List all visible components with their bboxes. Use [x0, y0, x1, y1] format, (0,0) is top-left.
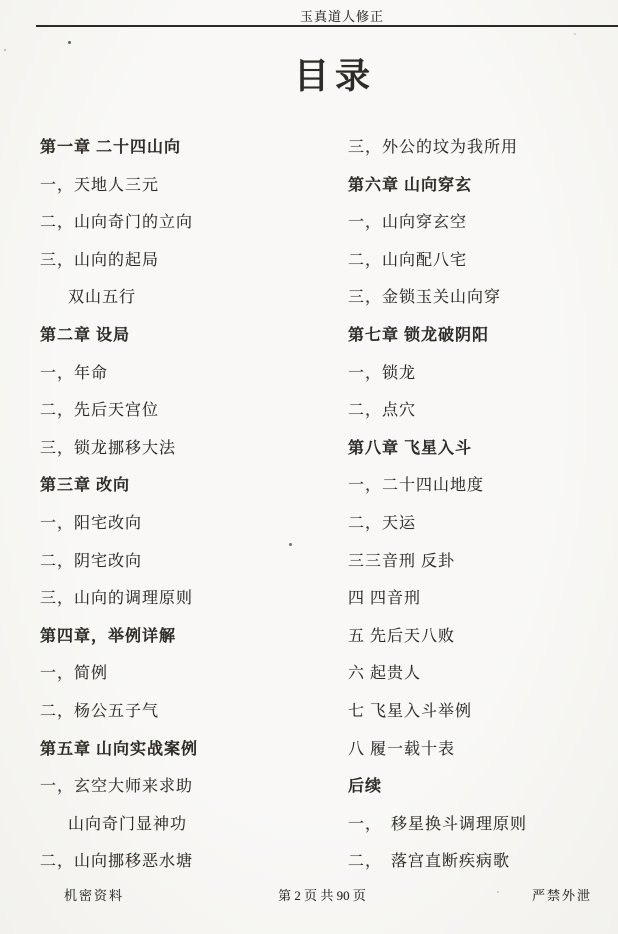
toc-entry: 八 履一载十表	[348, 731, 527, 769]
footer-page-number: 第 2 页 共 90 页	[0, 888, 618, 904]
toc-chapter-heading: 第五章 山向实战案例	[40, 731, 198, 769]
header-rule	[36, 25, 618, 27]
toc-entry: 一，简例	[40, 655, 198, 693]
toc-entry: 一，阳宅改向	[40, 505, 198, 543]
toc-entry: 三，外公的坟为我所用	[348, 129, 527, 167]
toc-entry: 二， 落宫直断疾病歌	[348, 843, 527, 881]
toc-column-right: 三，外公的坟为我所用第六章 山向穿玄一，山向穿玄空二，山向配八宅三，金锁玉关山向…	[348, 129, 527, 881]
toc-entry: 一，锁龙	[348, 355, 527, 393]
toc-entry: 二，点穴	[348, 392, 527, 430]
toc-chapter-heading: 第一章 二十四山向	[40, 129, 198, 167]
toc-entry: 一，二十四山地度	[348, 467, 527, 505]
page-title: 目录	[0, 49, 618, 99]
page-header-text: 玉真道人修正	[0, 6, 618, 25]
toc-chapter-heading: 第八章 飞星入斗	[348, 430, 527, 468]
toc-entry: 二，阴宅改向	[40, 543, 198, 581]
footer-warning: 严禁外泄	[532, 888, 592, 904]
toc-chapter-heading: 第二章 设局	[40, 317, 198, 355]
toc-entry: 三，金锁玉关山向穿	[348, 279, 527, 317]
scan-speck	[68, 41, 71, 44]
toc-chapter-heading: 后续	[348, 768, 527, 806]
toc-entry: 二，山向配八宅	[348, 242, 527, 280]
toc-column-left: 第一章 二十四山向一，天地人三元二，山向奇门的立向三，山向的起局双山五行第二章 …	[40, 129, 198, 881]
scan-speck	[574, 33, 576, 35]
toc-entry: 山向奇门显神功	[40, 806, 198, 844]
toc-entry: 二，天运	[348, 505, 527, 543]
toc-entry: 三，山向的调理原则	[40, 580, 198, 618]
toc-chapter-heading: 第六章 山向穿玄	[348, 167, 527, 205]
toc-entry: 二，山向奇门的立向	[40, 204, 198, 242]
toc-chapter-heading: 第四章，举例详解	[40, 618, 198, 656]
toc-entry: 三三音刑 反卦	[348, 543, 527, 581]
toc-entry: 一，山向穿玄空	[348, 204, 527, 242]
toc-entry: 二，山向挪移恶水塘	[40, 843, 198, 881]
toc-entry: 四 四音刑	[348, 580, 527, 618]
toc-entry: 五 先后天八败	[348, 618, 527, 656]
toc-entry: 三，锁龙挪移大法	[40, 430, 198, 468]
toc-entry: 二，杨公五子气	[40, 693, 198, 731]
toc-entry: 六 起贵人	[348, 655, 527, 693]
scan-speck	[289, 543, 292, 546]
toc-chapter-heading: 第三章 改向	[40, 467, 198, 505]
toc-entry: 七 飞星入斗举例	[348, 693, 527, 731]
toc-entry: 三，山向的起局	[40, 242, 198, 280]
document-page: 玉真道人修正 目录 第一章 二十四山向一，天地人三元二，山向奇门的立向三，山向的…	[0, 0, 618, 934]
toc-entry: 双山五行	[40, 279, 198, 317]
toc-entry: 一， 移星换斗调理原则	[348, 806, 527, 844]
toc-entry: 二，先后天宫位	[40, 392, 198, 430]
toc-entry: 一，天地人三元	[40, 167, 198, 205]
scan-speck	[4, 49, 6, 51]
toc-chapter-heading: 第七章 锁龙破阴阳	[348, 317, 527, 355]
toc-entry: 一，年命	[40, 355, 198, 393]
toc-entry: 一，玄空大师来求助	[40, 768, 198, 806]
